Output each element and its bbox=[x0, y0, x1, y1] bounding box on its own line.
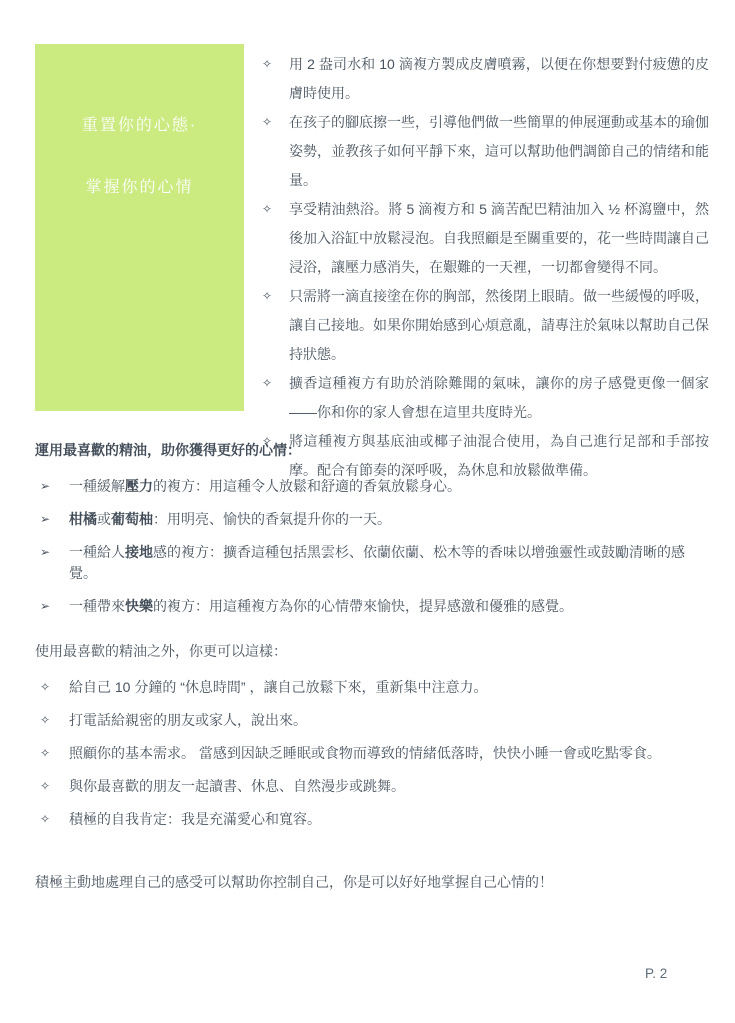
arrowhead-bullet-icon: ➢ bbox=[40, 596, 69, 617]
list-item-text: 擴香這種複方有助於消除難聞的氣味，讓你的房子感覺更像一個家——你和你的家人會想在… bbox=[289, 369, 709, 427]
arrowhead-bullet-icon: ➢ bbox=[40, 476, 69, 497]
list-item-text: 柑橘或葡萄柚：用明亮、愉快的香氣提升你的一天。 bbox=[69, 509, 710, 530]
list-item-text: 享受精油熱浴。將 5 滴複方和 5 滴苦配巴精油加入 ½ 杯瀉鹽中，然後加入浴缸… bbox=[289, 195, 709, 282]
list-item: ➢一種帶來快樂的複方：用這種複方為你的心情帶來愉快，提昇感激和優雅的感覺。 bbox=[40, 596, 710, 617]
list-item: ➢一種緩解壓力的複方：用這種令人放鬆和舒適的香氣放鬆身心。 bbox=[40, 476, 710, 497]
list-item-text: 只需將一滴直接塗在你的胸部，然後閉上眼睛。做一些緩慢的呼吸，讓自己接地。如果你開… bbox=[289, 282, 709, 369]
mood-blends-list: ➢一種緩解壓力的複方：用這種令人放鬆和舒適的香氣放鬆身心。➢柑橘或葡萄柚：用明亮… bbox=[40, 476, 710, 629]
four-pointed-star-bullet-icon: ✧ bbox=[40, 809, 69, 830]
list-item: ✧積極的自我肯定：我是充滿愛心和寬容。 bbox=[40, 809, 710, 830]
list-item: ✧用 2 盎司水和 10 滴複方製成皮膚噴霧，以便在你想要對付疲憊的皮膚時使用。 bbox=[262, 50, 709, 108]
list-item: ✧擴香這種複方有助於消除難聞的氣味，讓你的房子感覺更像一個家——你和你的家人會想… bbox=[262, 369, 709, 427]
four-pointed-star-bullet-icon: ✧ bbox=[40, 677, 69, 698]
list-item: ✧給自己 10 分鐘的 “休息時間” ，讓自己放鬆下來，重新集中注意力。 bbox=[40, 677, 710, 698]
list-item-text: 用 2 盎司水和 10 滴複方製成皮膚噴霧，以便在你想要對付疲憊的皮膚時使用。 bbox=[289, 50, 709, 108]
list-item: ✧照顧你的基本需求。 當感到因缺乏睡眠或食物而導致的情緒低落時，快快小睡一會或吃… bbox=[40, 743, 710, 764]
oil-tips-list: ✧用 2 盎司水和 10 滴複方製成皮膚噴霧，以便在你想要對付疲憊的皮膚時使用。… bbox=[262, 50, 709, 485]
list-item-text: 與你最喜歡的朋友一起讀書、休息、自然漫步或跳舞。 bbox=[69, 776, 710, 797]
four-pointed-star-bullet-icon: ✧ bbox=[40, 776, 69, 797]
list-item-text: 給自己 10 分鐘的 “休息時間” ，讓自己放鬆下來，重新集中注意力。 bbox=[69, 677, 710, 698]
document-page: 重置你的心態· 掌握你的心情 ✧用 2 盎司水和 10 滴複方製成皮膚噴霧，以便… bbox=[0, 0, 735, 1023]
title-line-1: 重置你的心態· bbox=[35, 114, 244, 138]
arrowhead-bullet-icon: ➢ bbox=[40, 542, 69, 563]
four-pointed-star-bullet-icon: ✧ bbox=[40, 743, 69, 764]
arrowhead-bullet-icon: ➢ bbox=[40, 509, 69, 530]
list-item-text: 一種帶來快樂的複方：用這種複方為你的心情帶來愉快，提昇感激和優雅的感覺。 bbox=[69, 596, 710, 617]
list-item: ✧與你最喜歡的朋友一起讀書、休息、自然漫步或跳舞。 bbox=[40, 776, 710, 797]
four-pointed-star-bullet-icon: ✧ bbox=[262, 369, 289, 398]
list-item-text: 積極的自我肯定：我是充滿愛心和寬容。 bbox=[69, 809, 710, 830]
list-item: ➢柑橘或葡萄柚：用明亮、愉快的香氣提升你的一天。 bbox=[40, 509, 710, 530]
list-item-text: 照顧你的基本需求。 當感到因缺乏睡眠或食物而導致的情緒低落時，快快小睡一會或吃點… bbox=[69, 743, 710, 764]
page-number: P. 2 bbox=[645, 966, 667, 981]
title-box: 重置你的心態· 掌握你的心情 bbox=[35, 44, 244, 411]
list-item-text: 在孩子的腳底擦一些，引導他們做一些簡單的伸展運動或基本的瑜伽姿勢，並教孩子如何平… bbox=[289, 108, 709, 195]
mood-section-heading: 運用最喜歡的精油，助你獲得更好的心情： bbox=[35, 440, 301, 460]
list-item: ➢一種給人接地感的複方：擴香這種包括黑雲杉、依蘭依蘭、松木等的香味以增強靈性或鼓… bbox=[40, 542, 710, 583]
list-item: ✧打電話給親密的朋友或家人，說出來。 bbox=[40, 710, 710, 731]
list-item-text: 打電話給親密的朋友或家人，說出來。 bbox=[69, 710, 710, 731]
list-item: ✧只需將一滴直接塗在你的胸部，然後閉上眼睛。做一些緩慢的呼吸，讓自己接地。如果你… bbox=[262, 282, 709, 369]
list-item: ✧享受精油熱浴。將 5 滴複方和 5 滴苦配巴精油加入 ½ 杯瀉鹽中，然後加入浴… bbox=[262, 195, 709, 282]
four-pointed-star-bullet-icon: ✧ bbox=[262, 282, 289, 311]
closing-paragraph: 積極主動地處理自己的感受可以幫助你控制自己，你是可以好好地掌握自己心情的！ bbox=[35, 872, 710, 892]
four-pointed-star-bullet-icon: ✧ bbox=[262, 108, 289, 137]
four-pointed-star-bullet-icon: ✧ bbox=[40, 710, 69, 731]
extra-section-heading: 使用最喜歡的精油之外，你更可以這樣： bbox=[35, 641, 287, 661]
four-pointed-star-bullet-icon: ✧ bbox=[262, 50, 289, 79]
list-item-text: 一種給人接地感的複方：擴香這種包括黑雲杉、依蘭依蘭、松木等的香味以增強靈性或鼓勵… bbox=[69, 542, 710, 583]
extra-tips-list: ✧給自己 10 分鐘的 “休息時間” ，讓自己放鬆下來，重新集中注意力。✧打電話… bbox=[40, 677, 710, 842]
list-item: ✧在孩子的腳底擦一些，引導他們做一些簡單的伸展運動或基本的瑜伽姿勢，並教孩子如何… bbox=[262, 108, 709, 195]
list-item-text: 一種緩解壓力的複方：用這種令人放鬆和舒適的香氣放鬆身心。 bbox=[69, 476, 710, 497]
title-line-2: 掌握你的心情 bbox=[35, 176, 244, 200]
four-pointed-star-bullet-icon: ✧ bbox=[262, 195, 289, 224]
